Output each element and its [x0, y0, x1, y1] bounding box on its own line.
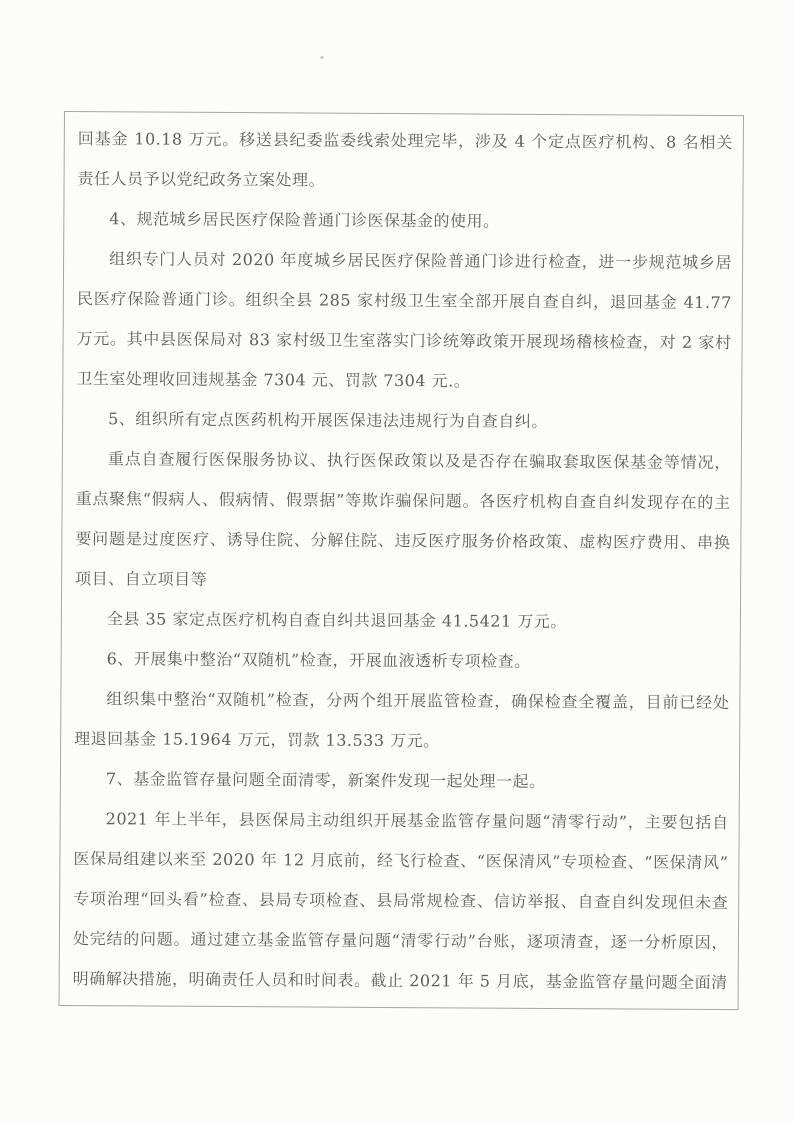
heading-item-4: 4、规范城乡居民医疗保险普通门诊医保基金的使用。	[77, 199, 732, 243]
report-table-cell-border: 回基金 10.18 万元。移送县纪委监委线索处理完毕，涉及 4 个定点医疗机构、…	[59, 111, 744, 1010]
para-item-6-detail: 组织集中整治“双随机”检查，分两个组开展监管检查，确保检查全覆盖，目前已经处理退…	[74, 679, 729, 763]
para-item-5-detail: 重点自查履行医保服务协议、执行医保政策以及是否存在骗取套取医保基金等情况，重点聚…	[75, 439, 731, 603]
heading-item-6: 6、开展集中整治“双随机”检查，开展血液透析专项检查。	[75, 639, 730, 683]
scanned-document-page: 回基金 10.18 万元。移送县纪委监委线索处理完毕，涉及 4 个定点医疗机构、…	[0, 0, 794, 1122]
para-item-5-summary: 全县 35 家定点医疗机构自查自纠共退回基金 41.5421 万元。	[75, 599, 730, 643]
heading-item-5: 5、组织所有定点医药机构开展医保违法违规行为自查自纠。	[76, 399, 731, 443]
heading-item-7: 7、基金监管存量问题全面清零，新案件发现一起处理一起。	[74, 759, 729, 803]
para-item-7-detail: 2021 年上半年，县医保局主动组织开展基金监管存量问题“清零行动”，主要包括自…	[72, 799, 728, 1010]
para-fund-recovery-continuation: 回基金 10.18 万元。移送县纪委监委线索处理完毕，涉及 4 个定点医疗机构、…	[77, 119, 732, 203]
para-item-4-detail: 组织专门人员对 2020 年度城乡居民医疗保险普通门诊进行检查，进一步规范城乡居…	[76, 239, 732, 403]
scan-speck	[320, 56, 324, 59]
